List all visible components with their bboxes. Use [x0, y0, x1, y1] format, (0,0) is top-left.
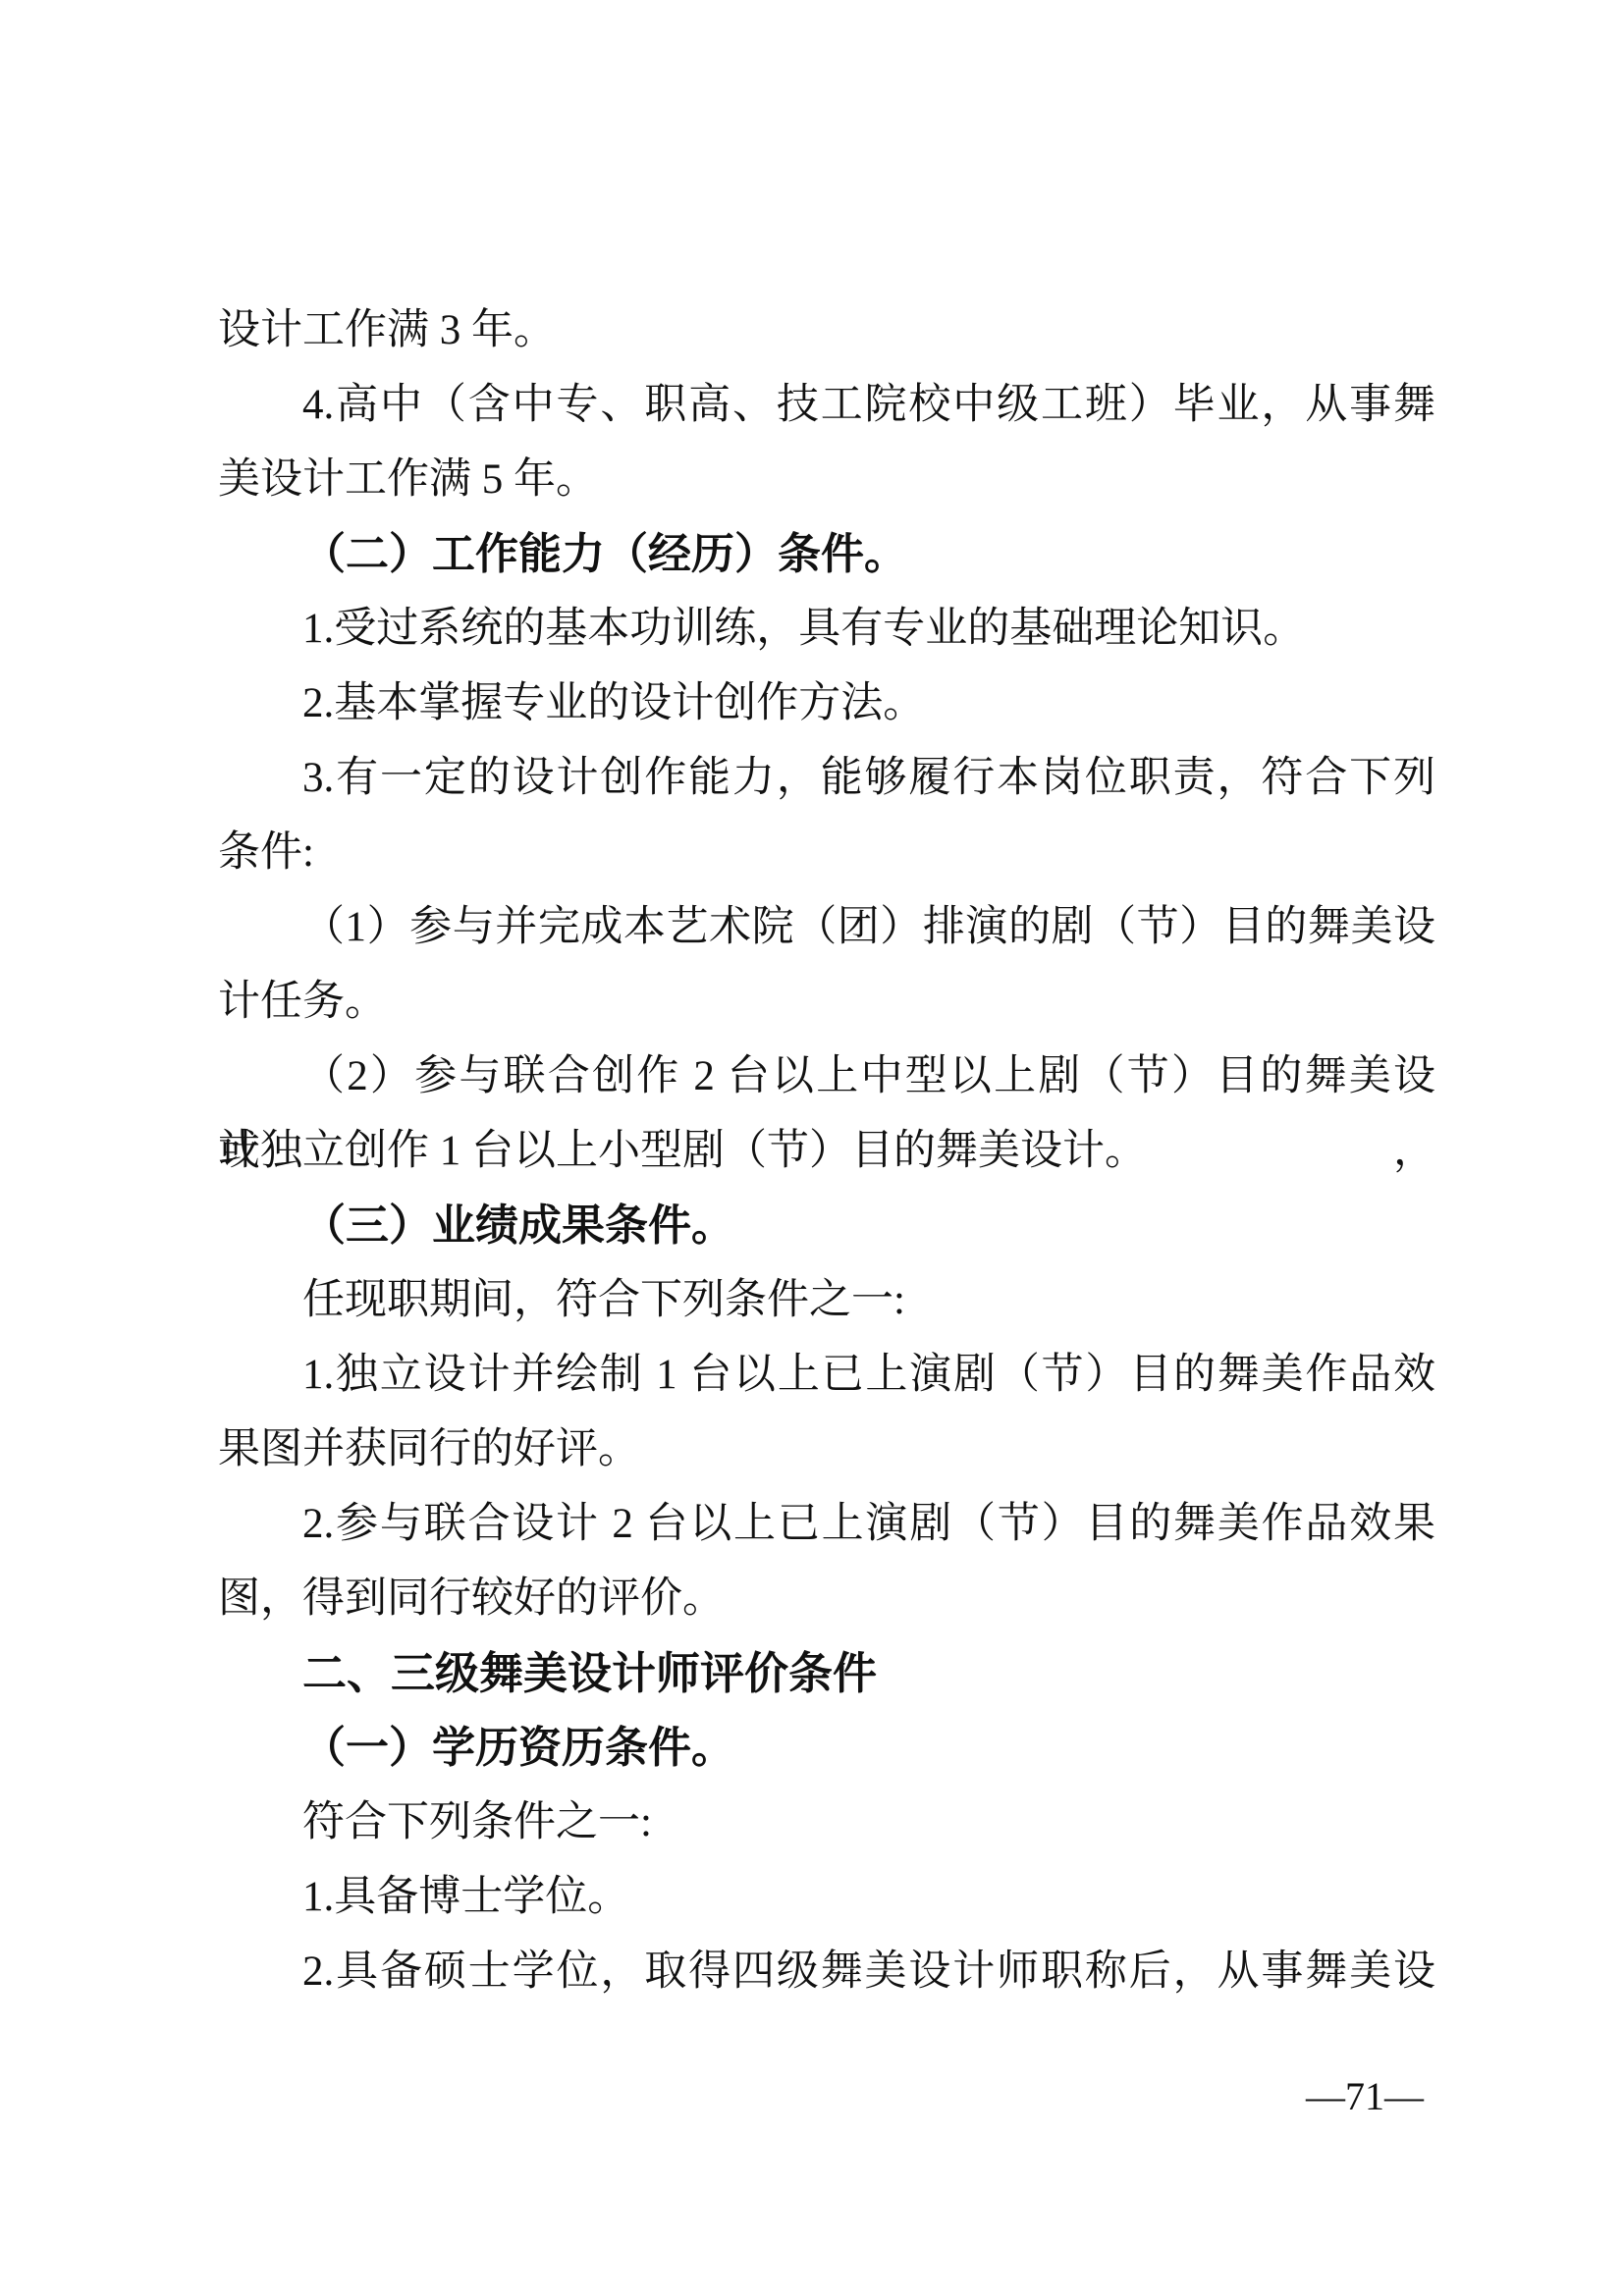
document-page: 设计工作满 3 年。 4.高中（含中专、职高、技工院校中级工班）毕业，从事舞 美… — [0, 0, 1623, 2296]
text-line: 果图并获同行的好评。 — [218, 1413, 1435, 1487]
text-line: 1.独立设计并绘制 1 台以上已上演剧（节）目的舞美作品效 — [218, 1338, 1435, 1413]
text-line: 1.具备博士学位。 — [218, 1860, 1435, 1935]
text-line: 任现职期间，符合下列条件之一: — [218, 1263, 1435, 1338]
text-block: 设计工作满 3 年。 4.高中（含中专、职高、技工院校中级工班）毕业，从事舞 美… — [218, 294, 1435, 2009]
text-line: 美设计工作满 5 年。 — [218, 443, 1435, 517]
text-line: 2.具备硕士学位，取得四级舞美设计师职称后，从事舞美设 — [218, 1935, 1435, 2009]
section-heading: （一）学历资历条件。 — [218, 1711, 1435, 1786]
text-line: 图，得到同行较好的评价。 — [218, 1562, 1435, 1636]
text-line: 3.有一定的设计创作能力，能够履行本岗位职责，符合下列 — [218, 741, 1435, 816]
text-line: 2.基本掌握专业的设计创作方法。 — [218, 667, 1435, 741]
text-line: （1）参与并完成本艺术院（团）排演的剧（节）目的舞美设 — [218, 890, 1435, 965]
text-line: 1.受过系统的基本功训练，具有专业的基础理论知识。 — [218, 592, 1435, 667]
text-line: 2.参与联合设计 2 台以上已上演剧（节）目的舞美作品效果 — [218, 1487, 1435, 1562]
text-line: 符合下列条件之一: — [218, 1786, 1435, 1860]
page-number: —71— — [1306, 2077, 1424, 2116]
section-heading: （三）业绩成果条件。 — [218, 1189, 1435, 1263]
text-line: 设计工作满 3 年。 — [218, 294, 1435, 368]
section-heading: （二）工作能力（经历）条件。 — [218, 517, 1435, 592]
text-line: 条件: — [218, 816, 1435, 890]
text-line: 4.高中（含中专、职高、技工院校中级工班）毕业，从事舞 — [218, 368, 1435, 443]
chapter-heading: 二、三级舞美设计师评价条件 — [218, 1636, 1435, 1711]
text-line: 计任务。 — [218, 965, 1435, 1040]
text-line: （2）参与联合创作 2 台以上中型以上剧（节）目的舞美设计， — [218, 1040, 1435, 1114]
